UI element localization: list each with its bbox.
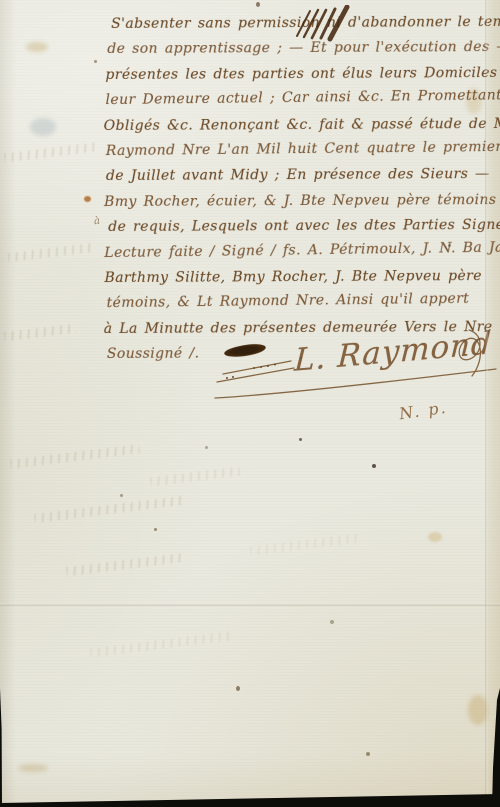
crossed-out-word	[294, 5, 360, 43]
paper-speck	[366, 752, 370, 756]
paper-speck	[154, 528, 157, 531]
paper-stain	[26, 42, 48, 52]
handwritten-line: Bmy Rocher, écuier, & J. Bte Nepveu père…	[104, 188, 500, 215]
paper-stain	[18, 764, 48, 772]
fold-crease-horizontal	[0, 603, 500, 606]
handwritten-line: de Juillet avant Midy ; En présence des …	[106, 162, 500, 189]
paper-speck	[330, 620, 334, 624]
handwritten-line: Lecture faite / Signé / fs. A. Pétrimoul…	[104, 235, 500, 266]
paper-speck	[94, 60, 97, 63]
scanned-manuscript-page: S'absenter sans permission ni d'abandonn…	[0, 0, 500, 807]
manuscript-text-block: S'absenter sans permission ni d'abandonn…	[103, 10, 500, 368]
paper-speck	[256, 2, 260, 7]
paper-speck	[236, 686, 240, 691]
fold-crease-vertical	[485, 0, 488, 807]
paper-stain	[428, 532, 442, 542]
paper-speck	[299, 438, 302, 441]
paper-speck	[120, 494, 123, 497]
paper-speck	[205, 446, 208, 449]
paper-stain	[30, 118, 56, 136]
handwritten-line: Raymond Nre L'an Mil huit Cent quatre le…	[106, 135, 500, 165]
handwritten-line: témoins, & Lt Raymond Nre. Ainsi qu'il a…	[106, 287, 500, 317]
paper-speck	[84, 196, 91, 202]
margin-annotation: à	[93, 216, 100, 228]
handwritten-line: leur Demeure actuel ; Car ainsi &c. En P…	[105, 83, 499, 113]
paper-speck	[372, 464, 376, 468]
